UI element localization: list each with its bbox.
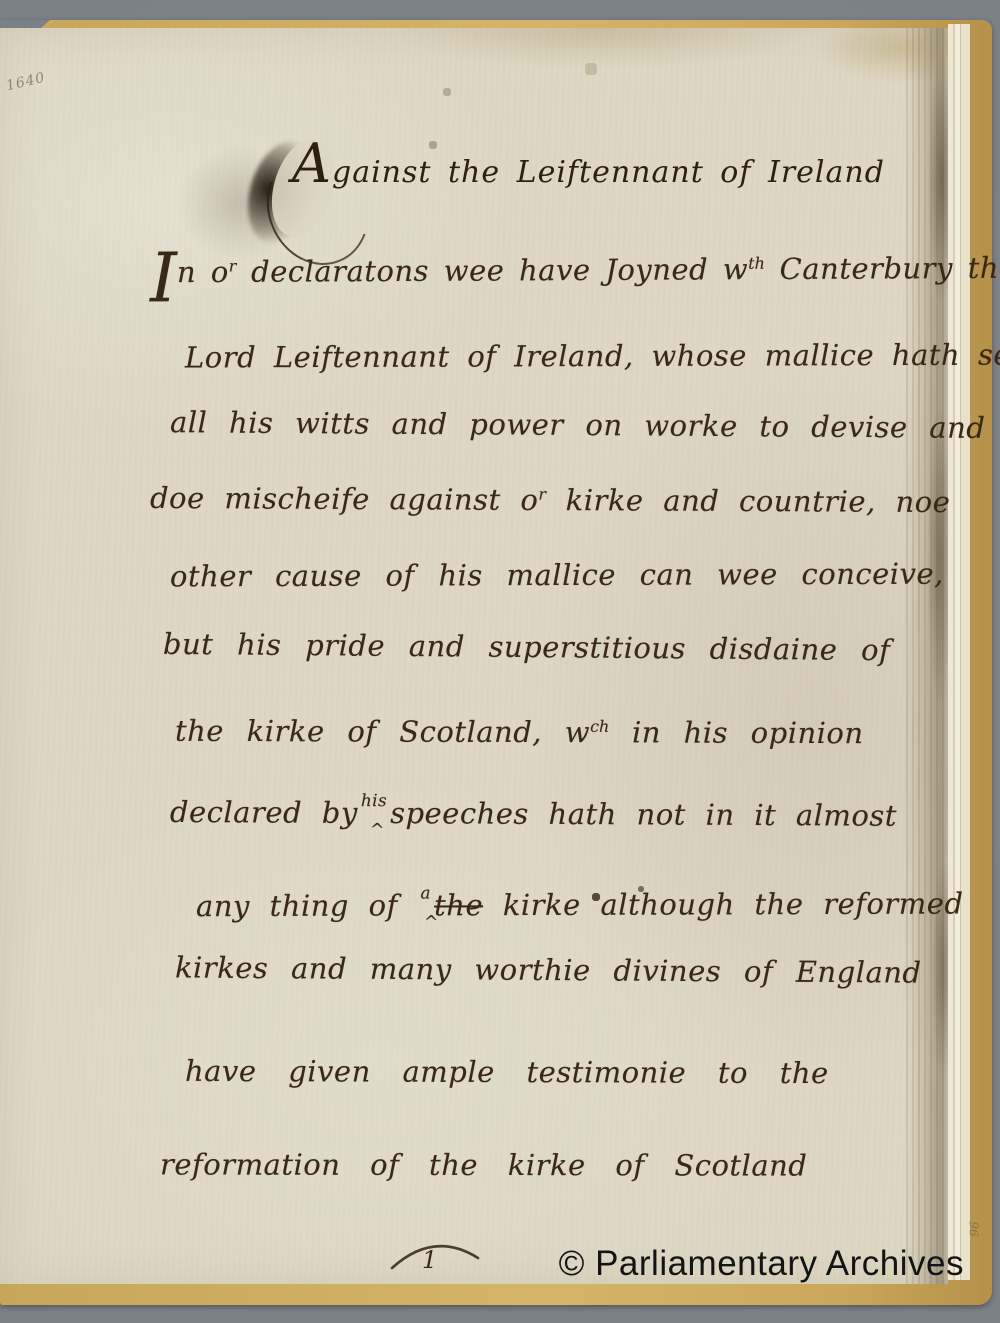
manuscript-word-insert: a <box>420 883 431 903</box>
manuscript-line-9: any thing of athe kirke although the ref… <box>196 881 964 923</box>
manuscript-text: other cause of his mallice can wee conce… <box>170 557 944 594</box>
manuscript-text: Canterbury the <box>765 251 1000 286</box>
manuscript-text: declared by <box>170 795 358 830</box>
ink-specks <box>0 28 2 30</box>
manuscript-text: declaratons wee have Joyned w <box>236 252 748 289</box>
manuscript-word-initial: I <box>150 239 177 318</box>
manuscript-word-sup: r <box>538 485 546 504</box>
pencil-edge-mark: 96 <box>967 1221 981 1236</box>
manuscript-line-2: Lord Leiftennant of Ireland, whose malli… <box>185 338 1000 375</box>
manuscript-line-5: other cause of his mallice can wee conce… <box>170 557 944 594</box>
manuscript-line-12: reformation of the kirke of Scotland <box>160 1147 807 1182</box>
manuscript-title: Against the Leiftennant of Ireland <box>292 132 885 195</box>
gutter-stain <box>906 28 948 1284</box>
manuscript-word-insert: his <box>361 790 387 810</box>
manuscript-text: any thing of <box>196 888 418 923</box>
copyright-watermark: © Parliamentary Archives <box>559 1244 964 1284</box>
manuscript-line-11: have given ample testimonie to the <box>185 1054 829 1090</box>
pencil-annotation-year: 1640 <box>5 70 47 95</box>
photographed-manuscript-page: 1640 Against the Leiftennant of Ireland … <box>0 0 1000 1323</box>
manuscript-text: the kirke of Scotland, w <box>175 714 590 749</box>
manuscript-word-sup: th <box>748 254 765 273</box>
page-number: 1 <box>388 1224 488 1284</box>
manuscript-text: all his witts and power on worke to devi… <box>170 405 986 445</box>
manuscript-line-4: doe mischeife against or kirke and count… <box>150 481 951 519</box>
manuscript-text: kirkes and many worthie divines of Engla… <box>175 950 922 989</box>
manuscript-text: kirke and countrie, noe <box>546 483 951 519</box>
manuscript-line-8: declared byhisspeeches hath not in it al… <box>170 789 897 833</box>
manuscript-line-1: In or declaratons wee have Joyned wth Ca… <box>150 251 1000 290</box>
manuscript-line-6: but his pride and superstitious disdaine… <box>163 627 891 667</box>
manuscript-line-10: kirkes and many worthie divines of Engla… <box>175 950 922 989</box>
manuscript-text: kirke although the reformed <box>483 886 964 922</box>
manuscript-text: but his pride and superstitious disdaine… <box>163 627 891 667</box>
manuscript-text: Lord Leiftennant of Ireland, whose malli… <box>185 338 1000 375</box>
manuscript-line-7: the kirke of Scotland, wch in his opinio… <box>175 714 864 750</box>
manuscript-word-sup: ch <box>590 717 609 736</box>
manuscript-text: speeches hath not in it almost <box>390 796 897 833</box>
manuscript-line-3: all his witts and power on worke to devi… <box>170 405 986 445</box>
manuscript-text: in his opinion <box>609 715 863 750</box>
manuscript-text: have given ample testimonie to the <box>185 1054 829 1090</box>
page-number-text: 1 <box>422 1246 437 1274</box>
manuscript-word-strike: the <box>434 888 483 922</box>
manuscript-text: reformation of the kirke of Scotland <box>160 1147 807 1182</box>
manuscript-text: doe mischeife against o <box>150 481 539 517</box>
manuscript-leaf: 1640 Against the Leiftennant of Ireland … <box>0 28 948 1284</box>
manuscript-text: n o <box>177 255 229 289</box>
stacked-page-edges <box>948 24 970 1280</box>
